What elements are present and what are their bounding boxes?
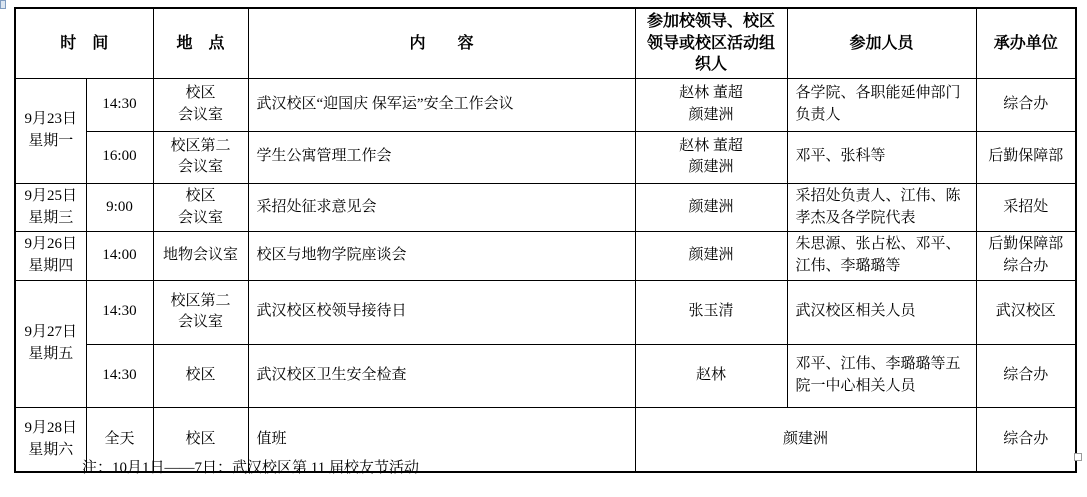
cell-r3-location[interactable]: 校区 会议室 xyxy=(153,183,248,232)
cell-r1-location[interactable]: 校区 会议室 xyxy=(153,78,248,131)
header-leaders[interactable]: 参加校领导、校区领导或校区活动组织人 xyxy=(635,8,787,78)
cell-r4-leaders[interactable]: 颜建洲 xyxy=(635,232,787,281)
table-row: 9月26日 星期四 14:00 地物会议室 校区与地物学院座谈会 颜建洲 朱思源… xyxy=(15,232,1076,281)
cell-r5-location[interactable]: 校区第二 会议室 xyxy=(153,280,248,344)
cell-date-sep27[interactable]: 9月27日 星期五 xyxy=(15,280,86,407)
cell-r6-participants[interactable]: 邓平、江伟、李璐璐等五院一中心相关人员 xyxy=(787,344,976,407)
cell-r3-participants[interactable]: 采招处负责人、江伟、陈孝杰及各学院代表 xyxy=(787,183,976,232)
cell-r3-content[interactable]: 采招处征求意见会 xyxy=(248,183,635,232)
table-row: 9月23日 星期一 14:30 校区 会议室 武汉校区“迎国庆 保军运”安全工作… xyxy=(15,78,1076,131)
table-row: 9月27日 星期五 14:30 校区第二 会议室 武汉校区校领导接待日 张玉清 … xyxy=(15,280,1076,344)
cell-r1-participants[interactable]: 各学院、各职能延伸部门负责人 xyxy=(787,78,976,131)
cell-r7-leaders-participants[interactable]: 颜建洲 xyxy=(635,407,976,472)
cell-date-sep23[interactable]: 9月23日 星期一 xyxy=(15,78,86,183)
cell-r4-content[interactable]: 校区与地物学院座谈会 xyxy=(248,232,635,281)
cell-r6-leaders[interactable]: 赵林 xyxy=(635,344,787,407)
cell-r1-content[interactable]: 武汉校区“迎国庆 保军运”安全工作会议 xyxy=(248,78,635,131)
cell-r3-time[interactable]: 9:00 xyxy=(86,183,153,232)
cell-r2-location[interactable]: 校区第二 会议室 xyxy=(153,131,248,183)
cell-r3-leaders[interactable]: 颜建洲 xyxy=(635,183,787,232)
cell-r5-participants[interactable]: 武汉校区相关人员 xyxy=(787,280,976,344)
cell-r5-time[interactable]: 14:30 xyxy=(86,280,153,344)
schedule-table: 时 间 地 点 内 容 参加校领导、校区领导或校区活动组织人 参加人员 承办单位… xyxy=(14,7,1077,473)
cell-r6-location[interactable]: 校区 xyxy=(153,344,248,407)
cell-r7-organizer[interactable]: 综合办 xyxy=(976,407,1076,472)
cell-r4-organizer[interactable]: 后勤保障部 综合办 xyxy=(976,232,1076,281)
cell-r5-leaders[interactable]: 张玉清 xyxy=(635,280,787,344)
header-organizer[interactable]: 承办单位 xyxy=(976,8,1076,78)
footnote[interactable]: 注：10月1日——7日：武汉校区第 11 届校友节活动 xyxy=(82,456,419,477)
cell-r4-time[interactable]: 14:00 xyxy=(86,232,153,281)
cell-r4-participants[interactable]: 朱思源、张占松、邓平、江伟、李璐璐等 xyxy=(787,232,976,281)
table-row: 14:30 校区 武汉校区卫生安全检查 赵林 邓平、江伟、李璐璐等五院一中心相关… xyxy=(15,344,1076,407)
header-location[interactable]: 地 点 xyxy=(153,8,248,78)
cell-r6-organizer[interactable]: 综合办 xyxy=(976,344,1076,407)
table-row: 9月25日 星期三 9:00 校区 会议室 采招处征求意见会 颜建洲 采招处负责… xyxy=(15,183,1076,232)
cell-r5-content[interactable]: 武汉校区校领导接待日 xyxy=(248,280,635,344)
header-row: 时 间 地 点 内 容 参加校领导、校区领导或校区活动组织人 参加人员 承办单位 xyxy=(15,8,1076,78)
table-resize-handle[interactable] xyxy=(1074,453,1082,461)
header-participants[interactable]: 参加人员 xyxy=(787,8,976,78)
cell-date-sep25[interactable]: 9月25日 星期三 xyxy=(15,183,86,232)
cell-date-sep26[interactable]: 9月26日 星期四 xyxy=(15,232,86,281)
cell-r1-leaders[interactable]: 赵林 董超 颜建洲 xyxy=(635,78,787,131)
cell-r6-time[interactable]: 14:30 xyxy=(86,344,153,407)
cell-r2-content[interactable]: 学生公寓管理工作会 xyxy=(248,131,635,183)
cell-r2-organizer[interactable]: 后勤保障部 xyxy=(976,131,1076,183)
table-move-handle-icon[interactable] xyxy=(0,0,6,9)
cell-r2-participants[interactable]: 邓平、张科等 xyxy=(787,131,976,183)
header-time[interactable]: 时 间 xyxy=(15,8,153,78)
cell-r5-organizer[interactable]: 武汉校区 xyxy=(976,280,1076,344)
header-content[interactable]: 内 容 xyxy=(248,8,635,78)
cell-r3-organizer[interactable]: 采招处 xyxy=(976,183,1076,232)
cell-r1-time[interactable]: 14:30 xyxy=(86,78,153,131)
cell-r1-organizer[interactable]: 综合办 xyxy=(976,78,1076,131)
table-row: 16:00 校区第二 会议室 学生公寓管理工作会 赵林 董超 颜建洲 邓平、张科… xyxy=(15,131,1076,183)
cell-r6-content[interactable]: 武汉校区卫生安全检查 xyxy=(248,344,635,407)
cell-date-sep28[interactable]: 9月28日 星期六 xyxy=(15,407,86,472)
cell-r2-time[interactable]: 16:00 xyxy=(86,131,153,183)
cell-r4-location[interactable]: 地物会议室 xyxy=(153,232,248,281)
cell-r2-leaders[interactable]: 赵林 董超 颜建洲 xyxy=(635,131,787,183)
